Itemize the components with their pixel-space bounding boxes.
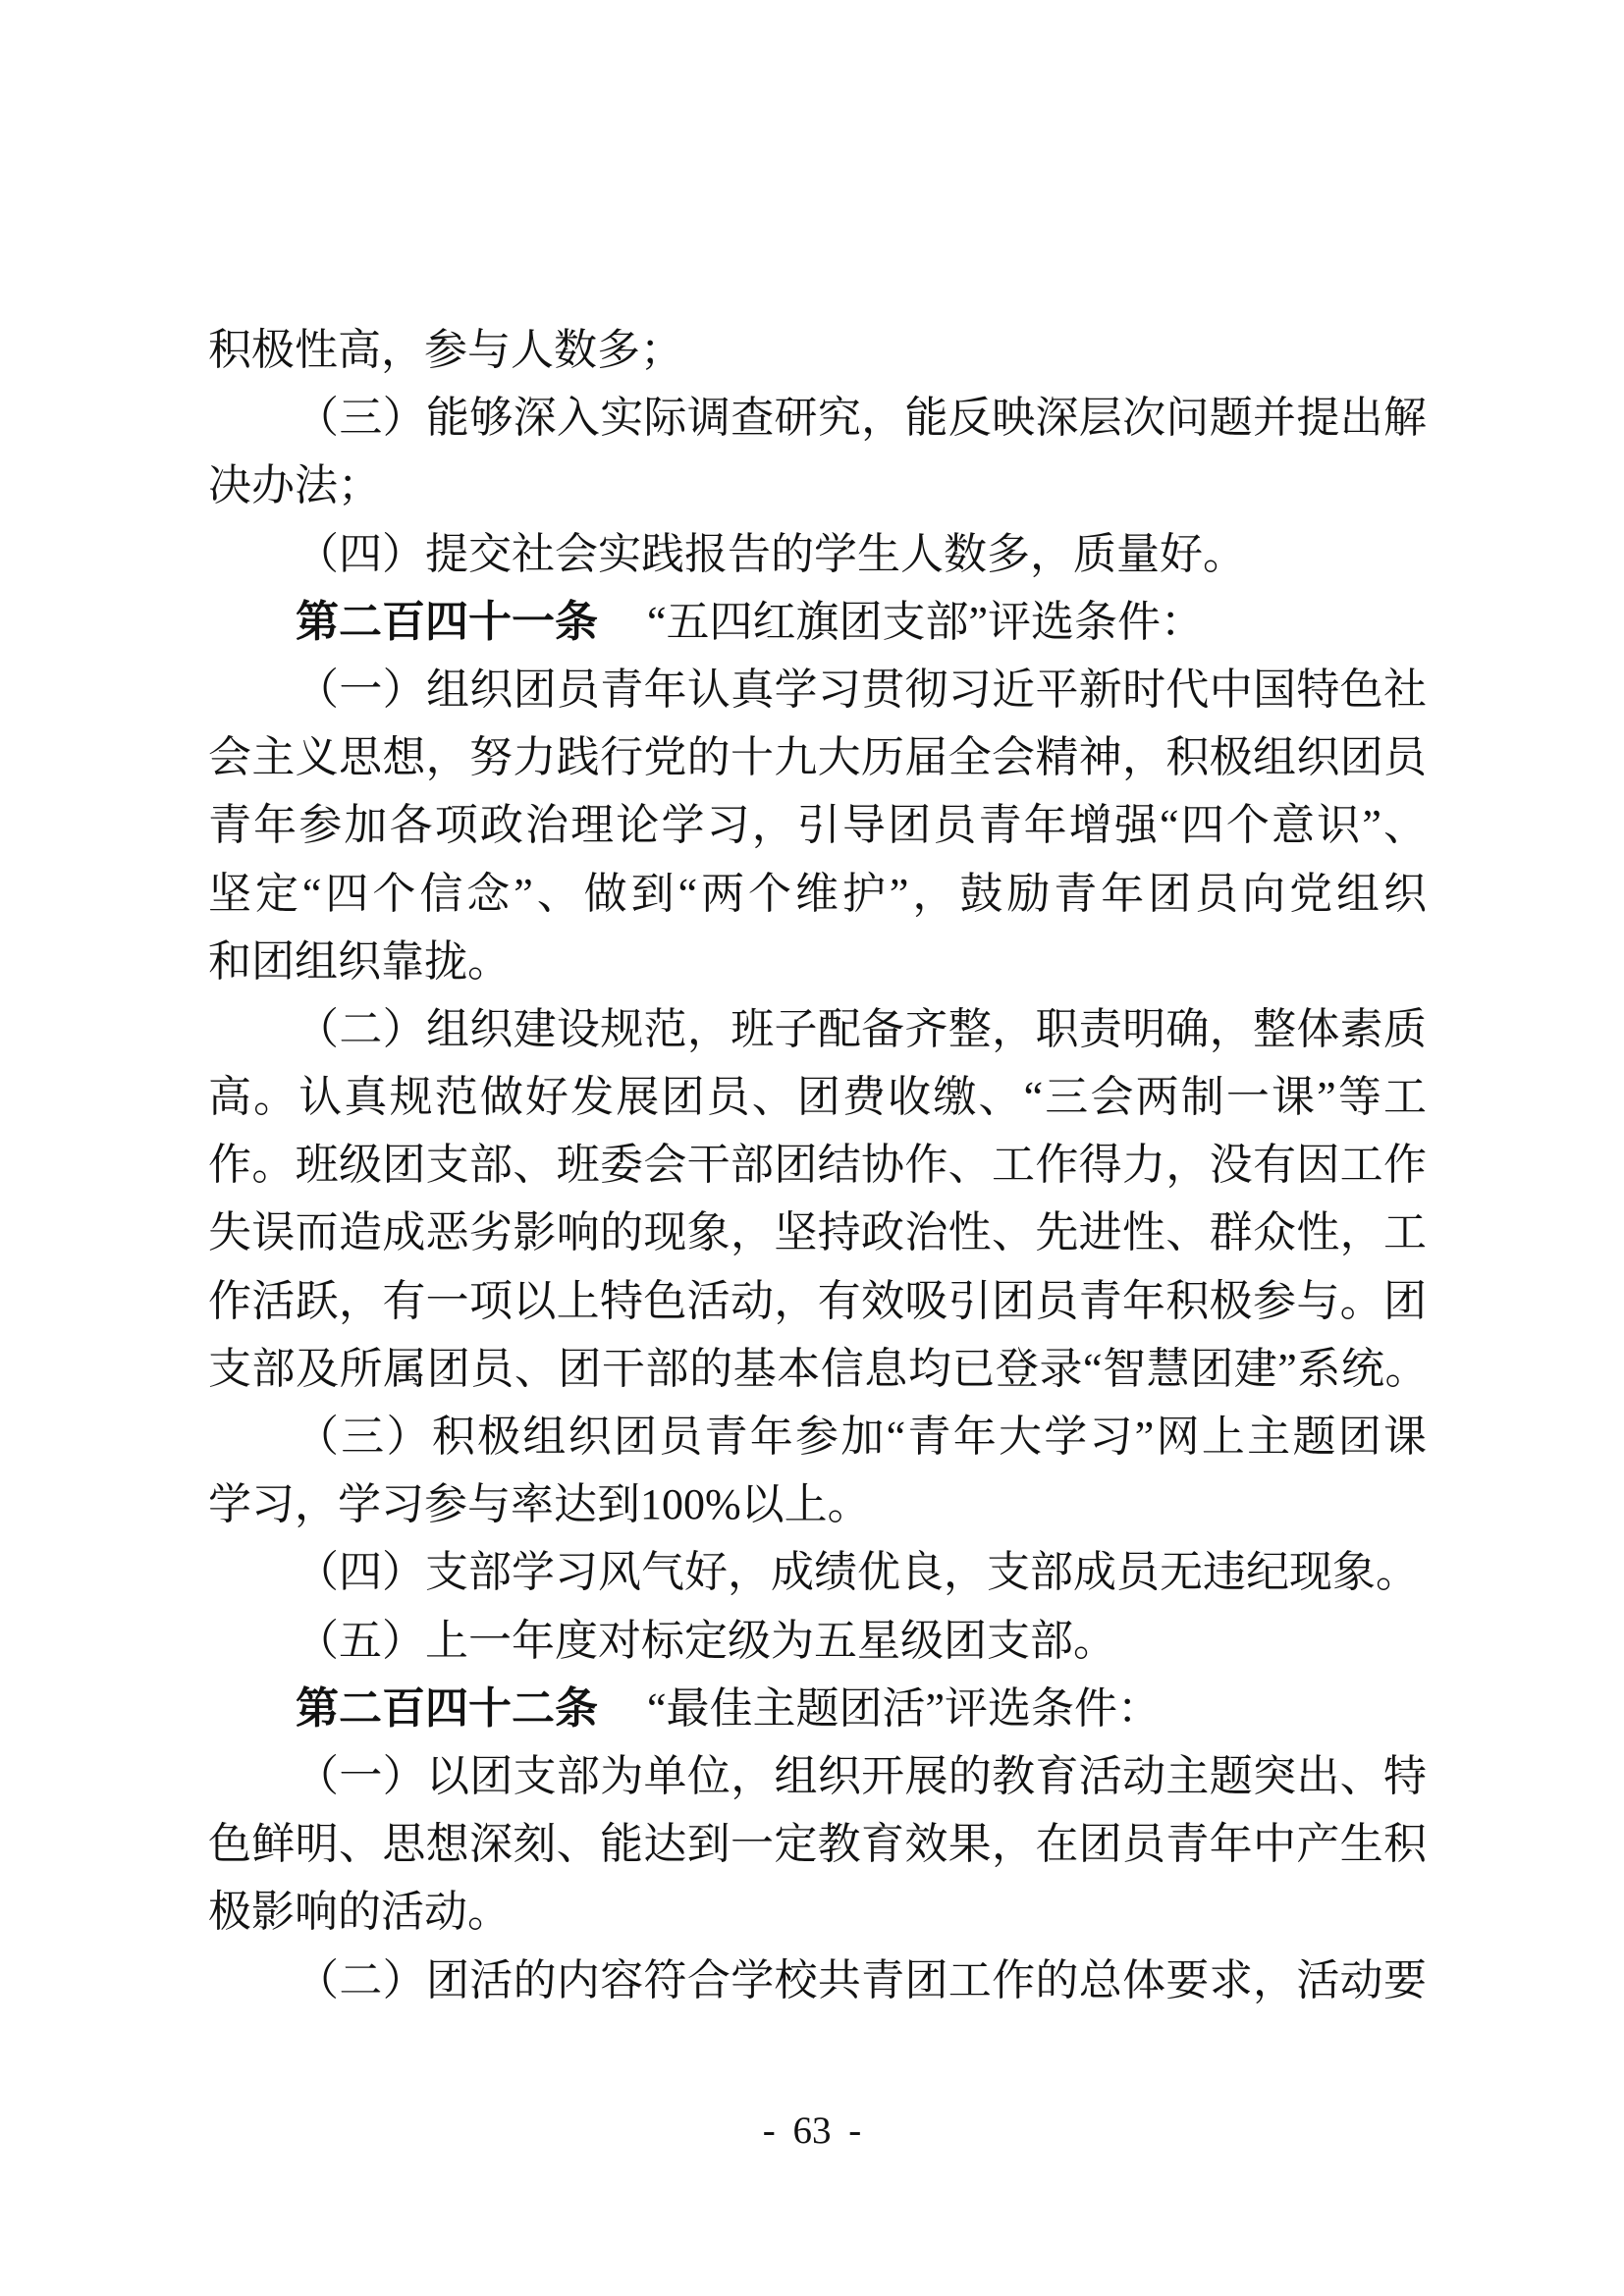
text-line: 支部及所属团员、团干部的基本信息均已登录“智慧团建”系统。 — [208, 1335, 1427, 1403]
text-line: 会主义思想，努力践行党的十九大历届全会精神，积极组织团员 — [208, 723, 1427, 791]
text-line: 作活跃，有一项以上特色活动，有效吸引团员青年积极参与。团 — [208, 1267, 1427, 1335]
document-body: 积极性高，参与人数多； （三）能够深入实际调查研究，能反映深层次问题并提出解 决… — [208, 316, 1427, 2014]
article-title: “五四红旗团支部”评选条件： — [647, 598, 1204, 646]
text-line: 色鲜明、思想深刻、能达到一定教育效果，在团员青年中产生积 — [208, 1810, 1427, 1878]
text-line: （四）提交社会实践报告的学生人数多，质量好。 — [208, 520, 1427, 588]
document-page: 积极性高，参与人数多； （三）能够深入实际调查研究，能反映深层次问题并提出解 决… — [0, 0, 1624, 2296]
text-line: 作。班级团支部、班委会干部团结协作、工作得力，没有因工作 — [208, 1131, 1427, 1199]
text-line: （一）组织团员青年认真学习贯彻习近平新时代中国特色社 — [208, 656, 1427, 723]
text-line: （二）团活的内容符合学校共青团工作的总体要求，活动要 — [208, 1947, 1427, 2014]
text-line: 和团组织靠拢。 — [208, 928, 1427, 995]
article-title: “最佳主题团活”评选条件： — [647, 1684, 1161, 1733]
text-line: 积极性高，参与人数多； — [208, 316, 1427, 384]
article-242-heading: 第二百四十二条“最佳主题团活”评选条件： — [208, 1675, 1427, 1742]
text-line: （四）支部学习风气好，成绩优良，支部成员无违纪现象。 — [208, 1538, 1427, 1606]
text-line: （一）以团支部为单位，组织开展的教育活动主题突出、特 — [208, 1742, 1427, 1810]
text-line: 高。认真规范做好发展团员、团费收缴、“三会两制一课”等工 — [208, 1063, 1427, 1131]
text-line: （三）积极组织团员青年参加“青年大学习”网上主题团课 — [208, 1403, 1427, 1470]
text-line: 极影响的活动。 — [208, 1878, 1427, 1946]
text-line: （三）能够深入实际调查研究，能反映深层次问题并提出解 — [208, 384, 1427, 452]
text-line: 决办法； — [208, 452, 1427, 519]
article-number: 第二百四十二条 — [296, 1684, 598, 1733]
text-line: 学习，学习参与率达到100%以上。 — [208, 1470, 1427, 1538]
text-line: 青年参加各项政治理论学习，引导团员青年增强“四个意识”、 — [208, 791, 1427, 859]
article-number: 第二百四十一条 — [296, 598, 598, 646]
text-line: （五）上一年度对标定级为五星级团支部。 — [208, 1607, 1427, 1675]
article-241-heading: 第二百四十一条“五四红旗团支部”评选条件： — [208, 588, 1427, 656]
text-line: （二）组织建设规范，班子配备齐整，职责明确，整体素质 — [208, 995, 1427, 1063]
text-line: 失误而造成恶劣影响的现象，坚持政治性、先进性、群众性，工 — [208, 1199, 1427, 1266]
page-number: - 63 - — [0, 2109, 1624, 2154]
text-line: 坚定“四个信念”、做到“两个维护”，鼓励青年团员向党组织 — [208, 860, 1427, 928]
